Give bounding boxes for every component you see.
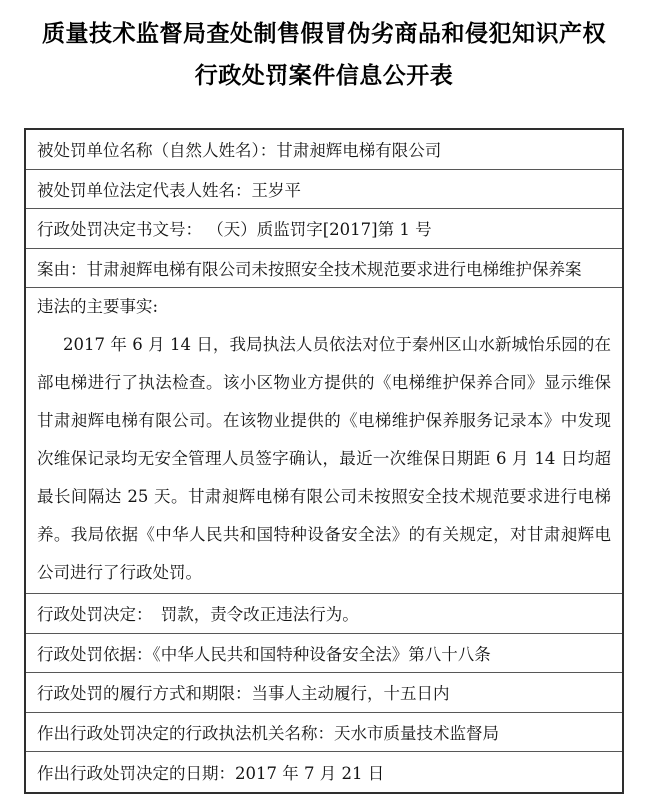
row-decision-document-number: 行政处罚决定书文号： （天）质监罚字[2017]第 1 号 <box>26 209 622 249</box>
row-penalty-decision: 行政处罚决定： 罚款，责令改正违法行为。 <box>26 594 622 634</box>
row-punished-unit-name: 被处罚单位名称（自然人姓名）：甘肃昶辉电梯有限公司 <box>26 130 622 170</box>
row-case-cause: 案由：甘肃昶辉电梯有限公司未按照安全技术规范要求进行电梯维护保养案 <box>26 249 622 289</box>
facts-paragraph-line: 养。我局依据《中华人民共和国特种设备安全法》的有关规定，对甘肃昶辉电梯有限 <box>37 516 611 554</box>
penalty-info-table: 被处罚单位名称（自然人姓名）：甘肃昶辉电梯有限公司 被处罚单位法定代表人姓名：王… <box>24 128 624 794</box>
row-penalty-basis: 行政处罚依据：《中华人民共和国特种设备安全法》第八十八条 <box>26 634 622 674</box>
facts-label: 违法的主要事实: <box>37 288 611 326</box>
title-line-1: 质量技术监督局查处制售假冒伪劣商品和侵犯知识产权 <box>0 13 648 55</box>
facts-paragraph-line: 次维保记录均无安全管理人员签字确认，最近一次维保日期距 6 月 14 日均超过 … <box>37 440 611 478</box>
facts-paragraph-line: 甘肃昶辉电梯有限公司。在该物业提供的《电梯维护保养服务记录本》中发现最后两 <box>37 402 611 440</box>
title-line-2: 行政处罚案件信息公开表 <box>0 55 648 97</box>
row-enforcement-agency-name: 作出行政处罚决定的行政执法机关名称：天水市质量技术监督局 <box>26 713 622 753</box>
row-legal-representative-name: 被处罚单位法定代表人姓名：王岁平 <box>26 170 622 210</box>
facts-paragraph-line: 最长间隔达 25 天。甘肃昶辉电梯有限公司未按照安全技术规范要求进行电梯维护保 <box>37 478 611 516</box>
document-page: 质量技术监督局查处制售假冒伪劣商品和侵犯知识产权 行政处罚案件信息公开表 被处罚… <box>0 0 648 804</box>
facts-paragraph-line: 部电梯进行了执法检查。该小区物业方提供的《电梯维护保养合同》显示维保公司为 <box>37 364 611 402</box>
row-decision-date: 作出行政处罚决定的日期：2017 年 7 月 21 日 <box>26 752 622 792</box>
facts-paragraph-line: 2017 年 6 月 14 日，我局执法人员依法对位于秦州区山水新城怡乐园的在用… <box>37 326 611 364</box>
facts-paragraph-line: 公司进行了行政处罚。 <box>37 554 611 592</box>
row-fulfillment-method-and-deadline: 行政处罚的履行方式和期限：当事人主动履行，十五日内 <box>26 673 622 713</box>
document-title: 质量技术监督局查处制售假冒伪劣商品和侵犯知识产权 行政处罚案件信息公开表 <box>0 0 648 97</box>
row-main-illegal-facts: 违法的主要事实: 2017 年 6 月 14 日，我局执法人员依法对位于秦州区山… <box>26 288 622 594</box>
